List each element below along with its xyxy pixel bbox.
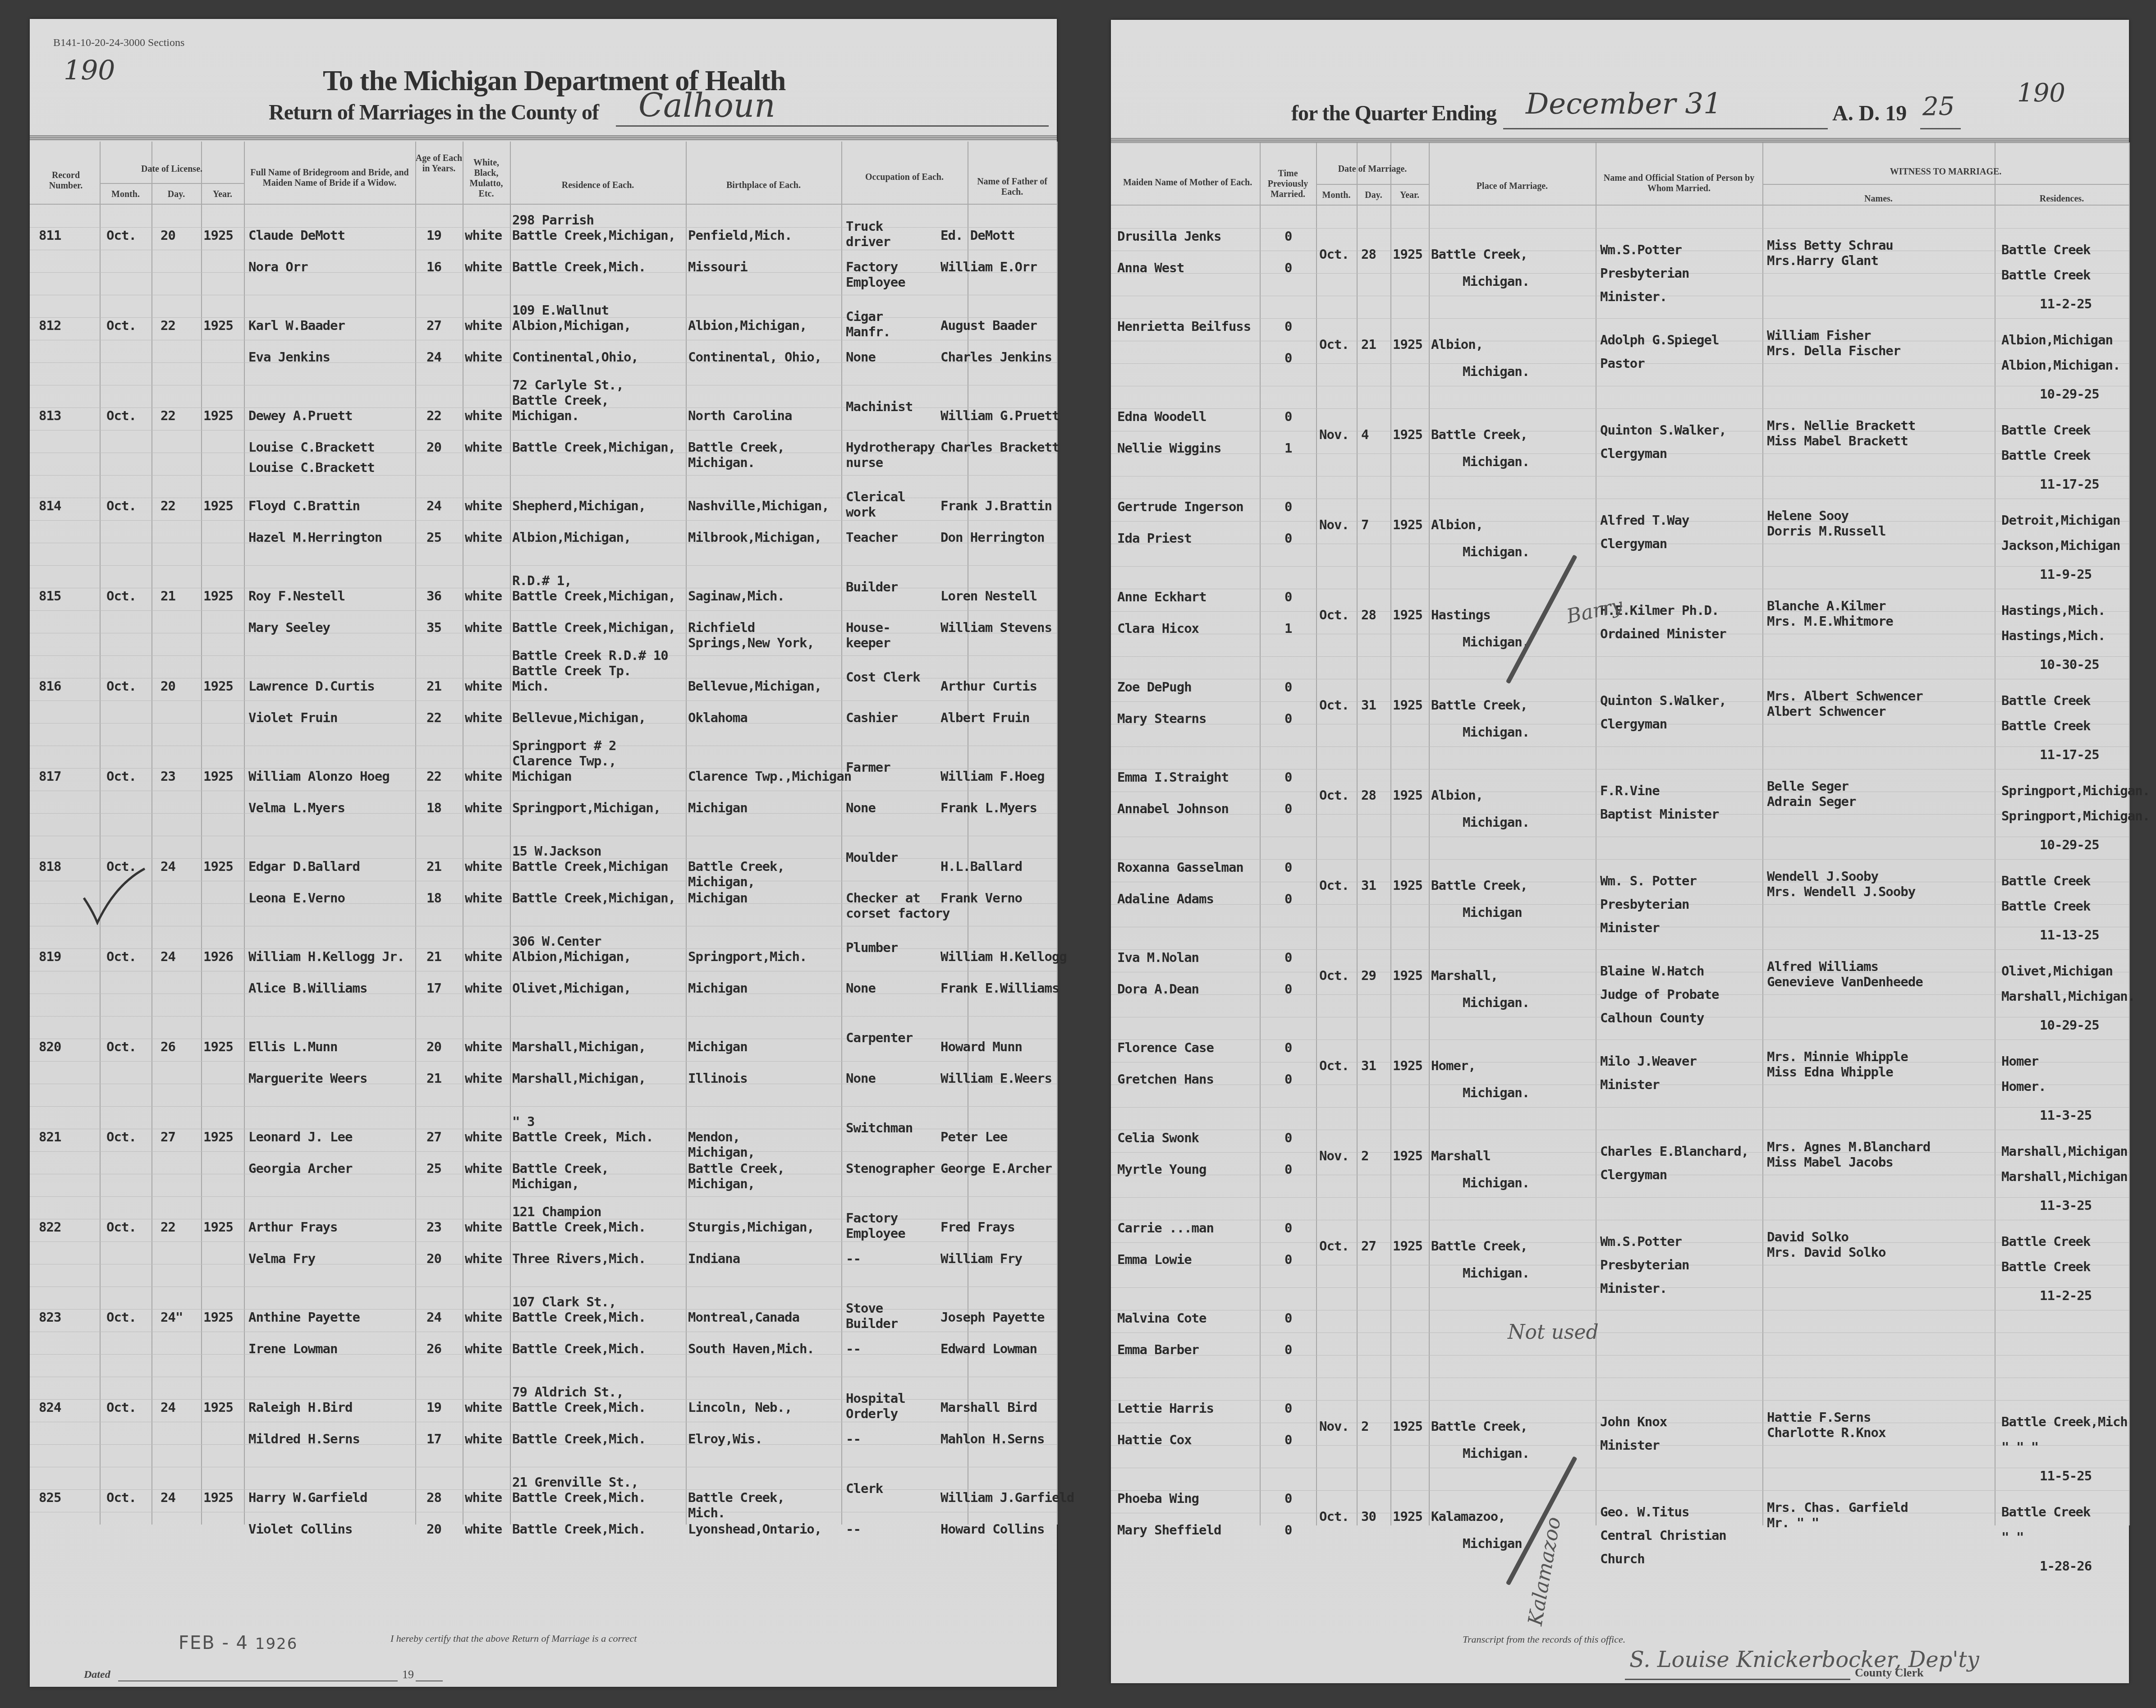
bride-color: white <box>465 441 502 454</box>
ruled-line <box>1111 1400 2129 1401</box>
groom-name: Arthur Frays <box>248 1221 338 1234</box>
margin-note: Not used <box>1508 1321 1599 1344</box>
marriage-year: 1925 <box>1393 1420 1422 1433</box>
groom-mother: Zoe DePugh <box>1117 681 1192 694</box>
license-day: 27 <box>161 1131 175 1144</box>
groom-color: white <box>465 499 502 513</box>
filed-date: 11-3-25 <box>2040 1109 2092 1122</box>
marriage-year: 1925 <box>1393 1240 1422 1253</box>
license-month: Oct. <box>106 229 136 242</box>
witness-residence: Olivet,Michigan <box>2001 965 2113 978</box>
officiant: Wm.S.Potter <box>1600 243 1682 256</box>
dated-label: Dated <box>84 1669 110 1681</box>
marriage-year: 1925 <box>1393 518 1422 531</box>
groom-mother: Iva M.Nolan <box>1117 951 1199 964</box>
marriage-month: Oct. <box>1319 338 1349 351</box>
witness-name: Miss Mabel Brackett <box>1767 435 1908 448</box>
groom-age: 28 <box>427 1491 441 1504</box>
groom-color: white <box>465 950 502 963</box>
groom-birthplace: Mich. <box>688 1507 725 1520</box>
officiant: Church <box>1600 1552 1645 1566</box>
bride-residence: Battle Creek,Michigan, <box>512 892 675 905</box>
groom-residence: 15 W.Jackson <box>512 845 601 858</box>
groom-birthplace: Springport,Mich. <box>688 950 807 963</box>
groom-age: 22 <box>427 770 441 783</box>
witness-residence: " " <box>2001 1531 2023 1544</box>
license-year: 1925 <box>203 1221 233 1234</box>
witness-residence: Battle Creek <box>2001 1235 2091 1248</box>
groom-father: William G.Pruett <box>940 409 1059 422</box>
record-number: 824 <box>39 1401 61 1414</box>
marriage-place: Homer, <box>1431 1059 1476 1072</box>
officiant: Clergyman <box>1600 1168 1667 1181</box>
officiant: Ordained Minister <box>1600 627 1726 641</box>
groom-mother: Lettie Harris <box>1117 1402 1214 1415</box>
marriage-day: 28 <box>1361 789 1376 802</box>
county-clerk-label: County Clerk <box>1855 1666 1923 1680</box>
bride-age: 20 <box>427 441 441 454</box>
groom-birthplace: Sturgis,Michigan, <box>688 1221 814 1234</box>
bride-residence: Battle Creek,Michigan, <box>512 621 675 634</box>
marriage-place: Marshall <box>1431 1149 1491 1163</box>
ruled-line <box>1111 1468 2129 1468</box>
column-divider <box>151 142 152 1525</box>
bride-times-married: 1 <box>1284 622 1292 635</box>
marriage-place: Battle Creek, <box>1431 699 1528 712</box>
license-month: Oct. <box>106 950 136 963</box>
header-rule <box>30 135 1057 141</box>
bride-times-married: 0 <box>1284 802 1292 815</box>
groom-name: Floyd C.Brattin <box>248 499 360 513</box>
bride-color: white <box>465 351 502 364</box>
groom-color: white <box>465 1040 502 1053</box>
bride-residence: Battle Creek,Mich. <box>512 1523 646 1536</box>
bride-age: 20 <box>427 1523 441 1536</box>
bride-occupation: -- <box>846 1523 861 1536</box>
margin-note: Kalamazoo <box>1524 1515 1566 1627</box>
groom-father: H.L.Ballard <box>940 860 1022 873</box>
ruled-line <box>30 475 1057 476</box>
groom-birthplace: Battle Creek, <box>688 1491 784 1504</box>
ruled-line <box>30 340 1057 340</box>
groom-occupation: Clerk <box>846 1482 883 1495</box>
witness-name: Helene Sooy <box>1767 509 1849 522</box>
officiant: Clergyman <box>1600 718 1667 731</box>
witness-name: Mrs. Chas. Garfield <box>1767 1501 1908 1514</box>
groom-color: white <box>465 770 502 783</box>
bride-birthplace: Illinois <box>688 1072 748 1085</box>
license-month: Oct. <box>106 499 136 513</box>
ruled-line <box>1111 386 2129 386</box>
groom-residence: 306 W.Center <box>512 935 601 948</box>
ruled-line <box>1111 589 2129 589</box>
dated-year-prefix: 19 <box>402 1668 414 1681</box>
groom-residence: Battle Creek,Mich. <box>512 1491 646 1504</box>
marriage-place: Michigan. <box>1463 545 1529 559</box>
county-underline <box>616 125 1049 127</box>
license-day: 21 <box>161 590 175 603</box>
bride-mother: Nellie Wiggins <box>1117 442 1221 455</box>
marriage-place: Michigan. <box>1463 365 1529 378</box>
ruled-line <box>1111 1220 2129 1220</box>
bride-occupation: Teacher <box>846 531 898 544</box>
groom-residence: Michigan. <box>512 409 579 422</box>
record-number: 822 <box>39 1221 61 1234</box>
groom-birthplace: Bellevue,Michigan, <box>688 680 821 693</box>
groom-name: Karl W.Baader <box>248 319 345 332</box>
header-subrule <box>1316 184 1429 185</box>
witness-residence: Battle Creek <box>2001 719 2091 733</box>
officiant: Quinton S.Walker, <box>1600 694 1726 707</box>
bride-age: 16 <box>427 261 441 274</box>
header-occupation: Occupation of Each. <box>841 172 968 183</box>
witness-residence: Albion,Michigan <box>2001 334 2113 347</box>
filed-date: 11-2-25 <box>2040 298 2092 311</box>
bride-residence: Albion,Michigan, <box>512 531 631 544</box>
column-divider <box>1390 142 1391 1525</box>
bride-occupation: Checker at <box>846 892 920 905</box>
groom-birthplace: Montreal,Canada <box>688 1311 799 1324</box>
ruled-line <box>30 791 1057 791</box>
witness-residence: Marshall,Michigan <box>2001 1170 2128 1183</box>
license-year: 1925 <box>203 1040 233 1053</box>
record-number: 814 <box>39 499 61 513</box>
groom-occupation: Orderly <box>846 1407 898 1420</box>
groom-age: 22 <box>427 409 441 422</box>
header-mother: Maiden Name of Mother of Each. <box>1115 178 1260 188</box>
groom-father: Marshall Bird <box>940 1401 1037 1414</box>
groom-mother: Florence Case <box>1117 1041 1214 1054</box>
ruled-line <box>30 1151 1057 1152</box>
witness-residence: Battle Creek <box>2001 900 2091 913</box>
groom-mother: Celia Swonk <box>1117 1131 1199 1145</box>
stamp-year: 1926 <box>255 1635 298 1653</box>
marriage-place: Michigan <box>1463 1537 1522 1550</box>
groom-birthplace: North Carolina <box>688 409 792 422</box>
license-month: Oct. <box>106 590 136 603</box>
bride-occupation: Cashier <box>846 711 898 724</box>
ruled-line <box>30 1512 1057 1512</box>
groom-birthplace: Michigan <box>688 1040 748 1053</box>
groom-times-married: 0 <box>1284 861 1292 874</box>
record-number: 811 <box>39 229 61 242</box>
groom-occupation: Cigar <box>846 310 883 323</box>
groom-times-married: 0 <box>1284 230 1292 243</box>
license-day: 24 <box>161 950 175 963</box>
marriage-place: Battle Creek, <box>1431 248 1528 261</box>
bride-birthplace: South Haven,Mich. <box>688 1342 814 1355</box>
bride-times-married: 0 <box>1284 1524 1292 1537</box>
bride-color: white <box>465 1162 502 1175</box>
column-divider <box>463 142 463 1525</box>
header-month: Month. <box>1316 190 1357 201</box>
officiant: Geo. W.Titus <box>1600 1506 1689 1519</box>
groom-times-married: 0 <box>1284 1402 1292 1415</box>
groom-residence: Shepherd,Michigan, <box>512 499 646 513</box>
bride-father: Charles Brackett <box>940 441 1059 454</box>
ruled-line <box>1111 476 2129 476</box>
page-number-right: 190 <box>2017 78 2065 108</box>
filed-date: 11-17-25 <box>2040 478 2099 491</box>
bride-residence: Battle Creek,Mich. <box>512 261 646 274</box>
record-number: 817 <box>39 770 61 783</box>
bride-occupation: None <box>846 1072 876 1085</box>
groom-times-married: 0 <box>1284 771 1292 784</box>
ad-underline <box>1920 128 1961 129</box>
witness-name: William Fisher <box>1767 329 1871 342</box>
bride-father: Edward Lowman <box>940 1342 1037 1355</box>
marriage-year: 1925 <box>1393 789 1422 802</box>
bride-father: Frank L.Myers <box>940 801 1037 815</box>
bride-color: white <box>465 892 502 905</box>
bride-residence: Marshall,Michigan, <box>512 1072 646 1085</box>
marriage-place: Marshall, <box>1431 969 1498 982</box>
bride-times-married: 0 <box>1284 712 1292 725</box>
bride-age: 26 <box>427 1342 441 1355</box>
groom-residence: 121 Champion <box>512 1205 601 1218</box>
groom-occupation: Hospital <box>846 1392 905 1405</box>
ruled-line <box>1111 499 2129 499</box>
marriage-place: Michigan <box>1463 906 1522 919</box>
license-year: 1925 <box>203 860 233 873</box>
marriage-year: 1925 <box>1393 609 1422 622</box>
witness-name: Adrain Seger <box>1767 795 1856 808</box>
bride-name: Violet Fruin <box>248 711 338 724</box>
ruled-line <box>30 1287 1057 1287</box>
dated-year-line <box>416 1681 443 1681</box>
groom-times-married: 0 <box>1284 1312 1292 1325</box>
marriage-month: Nov. <box>1319 1149 1349 1163</box>
bride-father: Frank E.Williams <box>940 982 1059 995</box>
ruled-line <box>1111 408 2129 409</box>
license-month: Oct. <box>106 1401 136 1414</box>
header-names: Names. <box>1762 194 1995 204</box>
header-age: Age of Each in Years. <box>415 153 463 174</box>
groom-times-married: 0 <box>1284 320 1292 333</box>
marriage-place: Battle Creek, <box>1431 1240 1528 1253</box>
bride-age: 18 <box>427 801 441 815</box>
bride-mother: Dora A.Dean <box>1117 983 1199 996</box>
bride-occupation: -- <box>846 1433 861 1446</box>
ruled-line <box>30 836 1057 836</box>
witness-residence: Battle Creek <box>2001 694 2091 707</box>
header-time-prev: Time Previously Married. <box>1260 169 1316 200</box>
groom-color: white <box>465 319 502 332</box>
quarter-underline <box>1503 128 1828 129</box>
ruled-line <box>30 430 1057 430</box>
witness-residence: Battle Creek <box>2001 1506 2091 1519</box>
groom-residence: 21 Grenville St., <box>512 1476 638 1489</box>
record-number: 825 <box>39 1491 61 1504</box>
marriage-place: Michigan. <box>1463 636 1529 649</box>
groom-name: Roy F.Nestell <box>248 590 345 603</box>
license-day: 22 <box>161 1221 175 1234</box>
groom-birthplace: Michigan, <box>688 875 755 888</box>
marriage-place: Battle Creek, <box>1431 879 1528 892</box>
license-day: 24" <box>161 1311 183 1324</box>
bride-color: white <box>465 801 502 815</box>
ruled-line <box>1111 566 2129 567</box>
groom-name: Leonard J. Lee <box>248 1131 352 1144</box>
marriage-year: 1925 <box>1393 699 1422 712</box>
bride-name: Louise C.Brackett <box>248 441 375 454</box>
groom-color: white <box>465 680 502 693</box>
filed-date: 11-17-25 <box>2040 748 2099 761</box>
groom-residence: R.D.# 1, <box>512 574 572 587</box>
groom-residence: Battle Creek, <box>512 394 609 407</box>
filed-date: 11-2-25 <box>2040 1289 2092 1302</box>
license-month: Oct. <box>106 319 136 332</box>
bride-father: William Stevens <box>940 621 1052 634</box>
groom-occupation: Manfr. <box>846 325 890 339</box>
record-number: 815 <box>39 590 61 603</box>
marriage-month: Oct. <box>1319 789 1349 802</box>
witness-name: Mr. " " <box>1767 1516 1819 1529</box>
witness-name: Hattie F.Serns <box>1767 1411 1871 1424</box>
groom-occupation: Employee <box>846 1227 905 1240</box>
groom-age: 21 <box>427 950 441 963</box>
witness-name: David Solko <box>1767 1231 1849 1244</box>
bride-father: Mahlon H.Serns <box>940 1433 1044 1446</box>
ruled-line <box>30 881 1057 881</box>
groom-residence: Albion,Michigan, <box>512 950 631 963</box>
license-year: 1925 <box>203 1131 233 1144</box>
filed-date: 1-28-26 <box>2040 1560 2092 1573</box>
header-date-of-license: Date of License. <box>100 164 244 174</box>
ruled-line <box>30 1061 1057 1062</box>
license-month: Oct. <box>106 1491 136 1504</box>
license-year: 1925 <box>203 499 233 513</box>
license-year: 1925 <box>203 590 233 603</box>
marriage-place: Michigan. <box>1463 816 1529 829</box>
filed-date: 10-29-25 <box>2040 388 2099 401</box>
bride-occupation: -- <box>846 1342 861 1355</box>
strike-mark <box>1506 554 1578 684</box>
officiant: Minister. <box>1600 290 1667 303</box>
header-bottom-rule <box>30 204 1057 205</box>
bride-mother: Mary Sheffield <box>1117 1524 1221 1537</box>
license-day: 22 <box>161 409 175 422</box>
header-record-number: Record Number. <box>34 170 97 191</box>
witness-residence: " " " <box>2001 1441 2038 1454</box>
ruled-line <box>1111 837 2129 837</box>
bride-times-married: 0 <box>1284 1433 1292 1447</box>
bride-birthplace: Michigan <box>688 982 748 995</box>
header-subrule <box>1762 184 2129 185</box>
groom-residence: Battle Creek, Mich. <box>512 1131 653 1144</box>
groom-father: August Baader <box>940 319 1037 332</box>
bride-occupation: nurse <box>846 456 883 469</box>
groom-name: Anthine Payette <box>248 1311 360 1324</box>
witness-residence: Battle Creek <box>2001 1260 2091 1273</box>
witness-residence: Battle Creek <box>2001 875 2091 888</box>
marriage-place: Albion, <box>1431 338 1483 351</box>
record-number: 816 <box>39 680 61 693</box>
groom-mother: Phoeba Wing <box>1117 1492 1199 1505</box>
ruled-line <box>30 565 1057 566</box>
ruled-line <box>1111 1378 2129 1378</box>
bride-birthplace: Battle Creek, <box>688 441 784 454</box>
witness-residence: Battle Creek <box>2001 243 2091 256</box>
bride-birthplace: Springs,New York, <box>688 636 814 650</box>
groom-occupation: Farmer <box>846 761 890 774</box>
bride-father: William E.Orr <box>940 261 1037 274</box>
witness-residence: Hastings,Mich. <box>2001 629 2105 642</box>
header-place: Place of Marriage. <box>1429 181 1596 192</box>
officiant: Pastor <box>1600 357 1645 370</box>
ruled-line <box>30 926 1057 926</box>
filed-date: 10-29-25 <box>2040 1019 2099 1032</box>
groom-father: Ed. DeMott <box>940 229 1015 242</box>
bride-residence: Continental,Ohio, <box>512 351 638 364</box>
groom-occupation: Machinist <box>846 400 913 413</box>
marriage-day: 30 <box>1361 1510 1376 1523</box>
ruled-line <box>1111 1197 2129 1198</box>
groom-name: Raleigh H.Bird <box>248 1401 352 1414</box>
groom-mother: Edna Woodell <box>1117 410 1206 423</box>
witness-name: Mrs. Nellie Brackett <box>1767 419 1915 432</box>
bride-father: William E.Weers <box>940 1072 1052 1085</box>
license-day: 24 <box>161 1491 175 1504</box>
bride-age: 24 <box>427 351 441 364</box>
marriage-day: 2 <box>1361 1149 1368 1163</box>
filed-date: 11-3-25 <box>2040 1199 2092 1212</box>
bride-occupation: corset factory <box>846 907 950 920</box>
ruled-line <box>1111 1310 2129 1310</box>
marriage-day: 7 <box>1361 518 1368 531</box>
quarter-label: for the Quarter Ending <box>1291 101 1496 126</box>
witness-residence: Battle Creek <box>2001 449 2091 462</box>
header-month: Month. <box>100 189 151 200</box>
groom-age: 21 <box>427 860 441 873</box>
bride-residence: Olivet,Michigan, <box>512 982 631 995</box>
marriage-month: Oct. <box>1319 1240 1349 1253</box>
header-day: Day. <box>1357 190 1390 201</box>
groom-age: 27 <box>427 319 441 332</box>
officiant: F.R.Vine <box>1600 784 1660 797</box>
groom-name: Edgar D.Ballard <box>248 860 360 873</box>
groom-father: William F.Hoeg <box>940 770 1044 783</box>
bride-birthplace: Continental, Ohio, <box>688 351 821 364</box>
bride-times-married: 0 <box>1284 532 1292 545</box>
officiant: Baptist Minister <box>1600 808 1719 821</box>
record-number: 819 <box>39 950 61 963</box>
bride-times-married: 1 <box>1284 442 1292 455</box>
license-day: 22 <box>161 499 175 513</box>
marriage-place: Albion, <box>1431 789 1483 802</box>
license-day: 20 <box>161 680 175 693</box>
groom-father: Peter Lee <box>940 1131 1007 1144</box>
bride-mother: Hattie Cox <box>1117 1433 1192 1447</box>
groom-residence: Marshall,Michigan, <box>512 1040 646 1053</box>
marriage-month: Oct. <box>1319 699 1349 712</box>
groom-residence: 298 Parrish <box>512 214 594 227</box>
ruled-line <box>1111 949 2129 950</box>
bride-father: George E.Archer <box>940 1162 1052 1175</box>
officiant: Presbyterian <box>1600 1259 1689 1272</box>
bride-mother: Annabel Johnson <box>1117 802 1229 815</box>
bride-birthplace: Richfield <box>688 621 755 634</box>
bride-times-married: 0 <box>1284 352 1292 365</box>
witness-residence: Albion,Michigan. <box>2001 359 2120 372</box>
groom-residence: Battle Creek,Michigan, <box>512 229 675 242</box>
witness-name: Albert Schwencer <box>1767 705 1885 718</box>
bride-mother: Gretchen Hans <box>1117 1073 1214 1086</box>
groom-father: William H.Kellogg <box>940 950 1067 963</box>
bride-occupation: -- <box>846 1252 861 1265</box>
groom-mother: Drusilla Jenks <box>1117 230 1221 243</box>
marriage-year: 1925 <box>1393 248 1422 261</box>
